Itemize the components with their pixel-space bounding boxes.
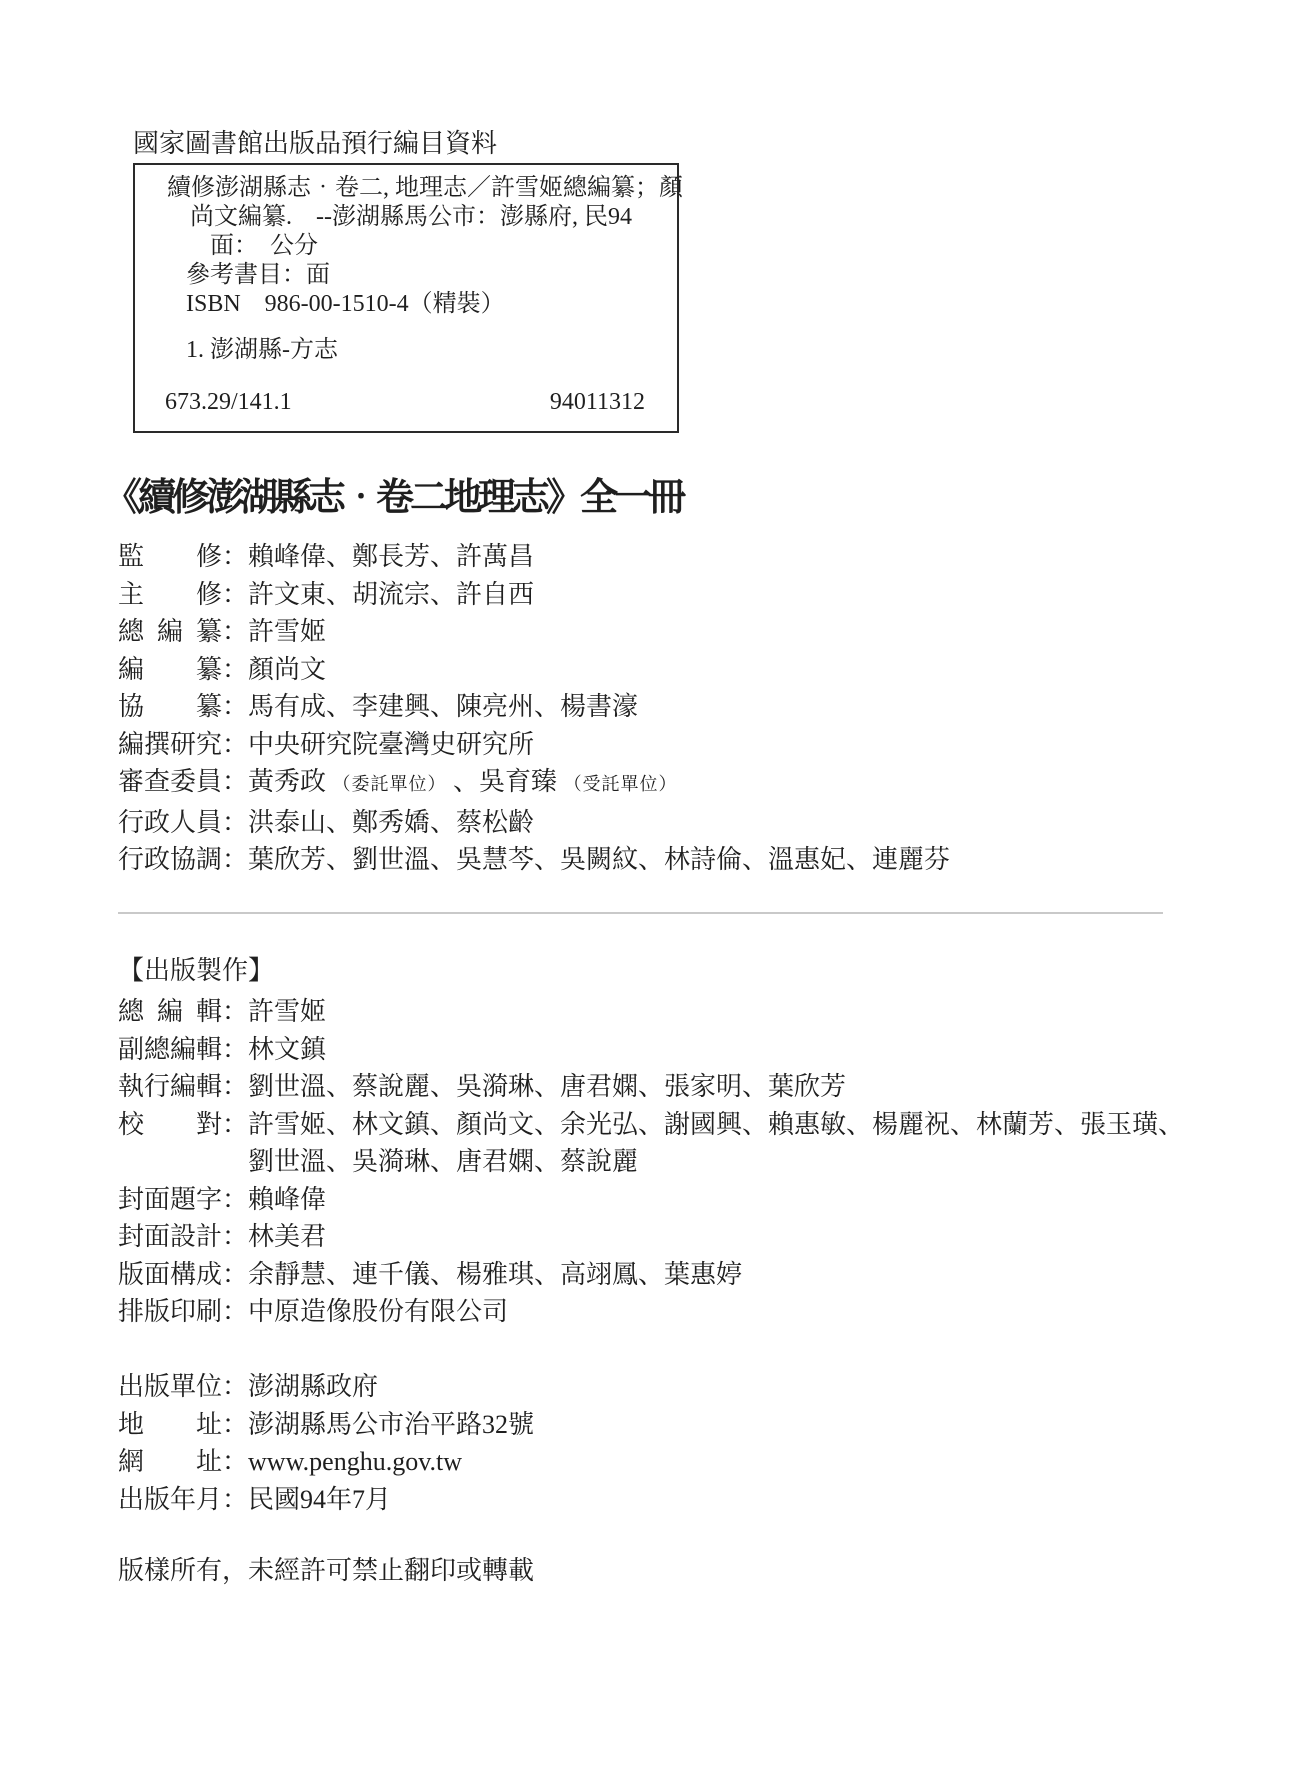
credit-label: 行政協調	[118, 841, 222, 879]
label-colon: ：	[222, 1256, 248, 1294]
label-colon: ：	[222, 1368, 248, 1406]
imprint-row-publication-date: 出版年月：民國94年7月	[118, 1481, 534, 1519]
credit-row-research-institute: 編撰研究：中央研究院臺灣史研究所	[118, 726, 950, 764]
credits-list: 監修：賴峰偉、鄭長芳、許萬昌 主修：許文東、胡流宗、許自西 總編纂：許雪姬 編纂…	[118, 538, 950, 879]
cip-entry-line: 面： 公分	[210, 232, 677, 261]
credit-row-deputy-editor: 副總編輯：林文鎮	[118, 1031, 1184, 1069]
cip-call-number-row: 673.29/141.1 94011312	[165, 388, 645, 417]
label-colon: ：	[222, 1181, 248, 1219]
credit-label: 校對	[118, 1106, 222, 1144]
book-title: 《續修澎湖縣志‧卷二地理志》全一冊	[104, 474, 682, 522]
credit-value: 許雪姬	[248, 613, 326, 651]
cip-record-number: 94011312	[550, 388, 645, 417]
credit-label: 總編輯	[118, 993, 222, 1031]
credit-value: 林美君	[248, 1218, 326, 1256]
credit-row-proofreaders: 校對：許雪姬、林文鎮、顏尚文、余光弘、謝國興、賴惠敏、楊麗祝、林蘭芳、張玉璜、劉…	[118, 1106, 1184, 1181]
reviewer-org-note: （受託單位）	[564, 774, 678, 794]
credit-value: 顏尚文	[248, 651, 326, 689]
label-colon: ：	[222, 538, 248, 576]
label-colon: ：	[222, 763, 248, 801]
label-colon: ：	[222, 1443, 248, 1481]
credit-value: 林文鎮	[248, 1031, 326, 1069]
label-colon: ：	[222, 1293, 248, 1331]
imprint-row-website: 網址：www.penghu.gov.tw	[118, 1443, 534, 1481]
credit-value: 賴峰偉	[248, 1181, 326, 1219]
proofreaders-line-1: 許雪姬、林文鎮、顏尚文、余光弘、謝國興、賴惠敏、楊麗祝、林蘭芳、張玉璜、	[248, 1106, 1184, 1144]
label-colon: ：	[222, 1406, 248, 1444]
credit-value: 葉欣芳、劉世溫、吳慧芩、吳闕紋、林詩倫、溫惠妃、連麗芬	[248, 841, 950, 879]
section-divider	[118, 912, 1163, 914]
credit-label: 執行編輯	[118, 1068, 222, 1106]
label-colon: ：	[222, 651, 248, 689]
credit-row-layout-composition: 版面構成：余靜慧、連千儀、楊雅琪、高翊鳳、葉惠婷	[118, 1256, 1184, 1294]
credit-label: 監修	[118, 538, 222, 576]
label-colon: ：	[222, 1218, 248, 1256]
reviewer-org-note: （委託單位）	[333, 774, 447, 794]
imprint-row-address: 地址：澎湖縣馬公市治平路32號	[118, 1406, 534, 1444]
label-colon: ：	[222, 804, 248, 842]
credit-label: 審查委員	[118, 763, 222, 801]
label-colon: ：	[222, 613, 248, 651]
cip-subject-heading: 1. 澎湖縣-方志	[186, 336, 677, 365]
label-colon: ：	[222, 841, 248, 879]
credit-label: 主修	[118, 576, 222, 614]
credit-value: 洪泰山、鄭秀嬌、蔡松齡	[248, 804, 534, 842]
cip-call-number: 673.29/141.1	[165, 388, 292, 417]
credit-row-compiler: 編纂：顏尚文	[118, 651, 950, 689]
imprint-website-url: www.penghu.gov.tw	[248, 1443, 462, 1481]
imprint-section: 出版單位：澎湖縣政府 地址：澎湖縣馬公市治平路32號 網址：www.penghu…	[118, 1368, 534, 1518]
credit-value: 許雪姬	[248, 993, 326, 1031]
label-colon: ：	[222, 1106, 248, 1144]
cip-box: 續修澎湖縣志‧卷二, 地理志／許雪姬總編纂；顏 尚文編纂. --澎湖縣馬公市：澎…	[133, 163, 679, 433]
imprint-label: 出版年月	[118, 1481, 222, 1519]
imprint-label: 地址	[118, 1406, 222, 1444]
credit-row-typesetting-printing: 排版印刷：中原造像股份有限公司	[118, 1293, 1184, 1331]
credit-label: 封面題字	[118, 1181, 222, 1219]
credit-row-admin-coordination: 行政協調：葉欣芳、劉世溫、吳慧芩、吳闕紋、林詩倫、溫惠妃、連麗芬	[118, 841, 950, 879]
credit-label: 編撰研究	[118, 726, 222, 764]
credit-label: 副總編輯	[118, 1031, 222, 1069]
credit-label: 行政人員	[118, 804, 222, 842]
reviewer-name: 黃秀政	[248, 767, 333, 796]
credit-value: 馬有成、李建興、陳亮州、楊書濠	[248, 688, 638, 726]
cip-entry: 續修澎湖縣志‧卷二, 地理志／許雪姬總編纂；顏 尚文編纂. --澎湖縣馬公市：澎…	[135, 165, 677, 365]
imprint-row-publisher: 出版單位：澎湖縣政府	[118, 1368, 534, 1406]
colophon-page: 國家圖書館出版品預行編目資料 續修澎湖縣志‧卷二, 地理志／許雪姬總編纂；顏 尚…	[0, 0, 1300, 1779]
cip-entry-line: 尚文編纂. --澎湖縣馬公市：澎縣府, 民94	[190, 203, 677, 232]
credit-value: 余靜慧、連千儀、楊雅琪、高翊鳳、葉惠婷	[248, 1256, 742, 1294]
credit-row-cover-calligraphy: 封面題字：賴峰偉	[118, 1181, 1184, 1219]
credit-row-editor-in-chief: 總編輯：許雪姬	[118, 993, 1184, 1031]
imprint-value: 澎湖縣政府	[248, 1368, 378, 1406]
credit-label: 協纂	[118, 688, 222, 726]
cip-header: 國家圖書館出版品預行編目資料	[133, 128, 497, 160]
credit-value: 黃秀政 （委託單位） 、吳育臻 （受託單位）	[248, 763, 678, 804]
label-colon: ：	[222, 688, 248, 726]
label-colon: ：	[222, 1068, 248, 1106]
credit-value: 中央研究院臺灣史研究所	[248, 726, 534, 764]
credit-label: 總編纂	[118, 613, 222, 651]
cip-isbn-line: ISBN 986-00-1510-4（精裝）	[186, 290, 677, 319]
credit-value: 中原造像股份有限公司	[248, 1293, 508, 1331]
list-separator: 、	[447, 767, 480, 796]
credit-row-admin-staff: 行政人員：洪泰山、鄭秀嬌、蔡松齡	[118, 804, 950, 842]
proofreaders-line-2: 劉世溫、吳漪琳、唐君嫻、蔡說麗	[248, 1143, 1184, 1181]
credit-row-co-compilers: 協纂：馬有成、李建興、陳亮州、楊書濠	[118, 688, 950, 726]
imprint-value: 民國94年7月	[248, 1481, 391, 1519]
imprint-value: 澎湖縣馬公市治平路32號	[248, 1406, 534, 1444]
credit-row-cover-design: 封面設計：林美君	[118, 1218, 1184, 1256]
credit-value: 許文東、胡流宗、許自西	[248, 576, 534, 614]
publishing-section-header: 【出版製作】	[118, 952, 1184, 990]
imprint-label: 出版單位	[118, 1368, 222, 1406]
copyright-notice: 版樣所有，未經許可禁止翻印或轉載	[118, 1552, 534, 1590]
credit-row-executive-editors: 執行編輯：劉世溫、蔡說麗、吳漪琳、唐君嫻、張家明、葉欣芳	[118, 1068, 1184, 1106]
credit-label: 排版印刷	[118, 1293, 222, 1331]
publishing-section: 【出版製作】 總編輯：許雪姬 副總編輯：林文鎮 執行編輯：劉世溫、蔡說麗、吳漪琳…	[118, 952, 1184, 1331]
credit-value: 賴峰偉、鄭長芳、許萬昌	[248, 538, 534, 576]
credit-row-chief-revisers: 主修：許文東、胡流宗、許自西	[118, 576, 950, 614]
credit-row-chief-compiler: 總編纂：許雪姬	[118, 613, 950, 651]
credit-row-review-committee: 審查委員：黃秀政 （委託單位） 、吳育臻 （受託單位）	[118, 763, 950, 804]
label-colon: ：	[222, 576, 248, 614]
label-colon: ：	[222, 993, 248, 1031]
cip-entry-line: 續修澎湖縣志‧卷二, 地理志／許雪姬總編纂；顏	[167, 174, 677, 203]
label-colon: ：	[222, 1031, 248, 1069]
imprint-label: 網址	[118, 1443, 222, 1481]
credit-label: 編纂	[118, 651, 222, 689]
label-colon: ：	[222, 726, 248, 764]
reviewer-name: 吳育臻	[479, 767, 564, 796]
credit-value: 劉世溫、蔡說麗、吳漪琳、唐君嫻、張家明、葉欣芳	[248, 1068, 846, 1106]
label-colon: ：	[222, 1481, 248, 1519]
credit-label: 封面設計	[118, 1218, 222, 1256]
credit-row-supervisors: 監修：賴峰偉、鄭長芳、許萬昌	[118, 538, 950, 576]
cip-entry-line: 參考書目：面	[186, 261, 677, 290]
credit-value: 許雪姬、林文鎮、顏尚文、余光弘、謝國興、賴惠敏、楊麗祝、林蘭芳、張玉璜、劉世溫、…	[248, 1106, 1184, 1181]
credit-label: 版面構成	[118, 1256, 222, 1294]
